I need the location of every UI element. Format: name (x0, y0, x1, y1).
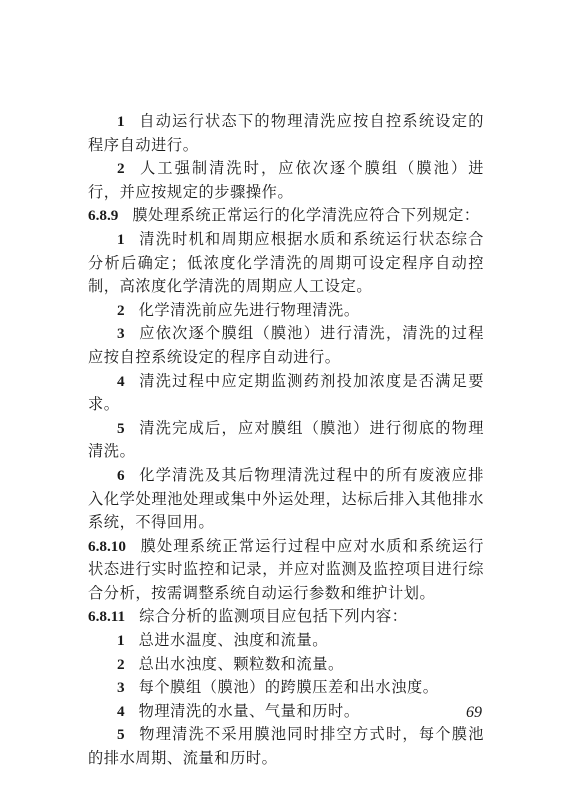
item-paragraph: 4物理清洗的水量、气量和历时。 (88, 700, 484, 724)
item-number: 4 (117, 373, 125, 390)
item-number: 3 (117, 325, 125, 342)
item-text: 化学清洗前应先进行物理清洗。 (139, 301, 360, 319)
item-paragraph: 3每个膜组（膜池）的跨膜压差和出水浊度。 (88, 676, 484, 700)
item-paragraph: 6化学清洗及其后物理清洗过程中的所有废液应排入化学处理池处理或集中外运处理，达标… (88, 464, 484, 535)
item-text: 自动运行状态下的物理清洗应按自控系统设定的程序自动进行。 (88, 112, 484, 154)
item-number: 1 (117, 632, 125, 649)
clause-paragraph: 6.8.9膜处理系统正常运行的化学清洗应符合下列规定： (88, 204, 484, 228)
item-text: 化学清洗及其后物理清洗过程中的所有废液应排入化学处理池处理或集中外运处理，达标后… (88, 466, 484, 531)
item-number: 2 (117, 160, 125, 177)
item-text: 人工强制清洗时，应依次逐个膜组（膜池）进行，并应按规定的步骤操作。 (88, 159, 484, 201)
item-paragraph: 2人工强制清洗时，应依次逐个膜组（膜池）进行，并应按规定的步骤操作。 (88, 157, 484, 204)
clause-text: 综合分析的监测项目应包括下列内容： (139, 607, 407, 625)
item-number: 6 (117, 467, 125, 484)
item-paragraph: 1自动运行状态下的物理清洗应按自控系统设定的程序自动进行。 (88, 110, 484, 157)
item-text: 总进水温度、浊度和流量。 (139, 631, 328, 649)
item-number: 1 (117, 231, 125, 248)
item-number: 2 (117, 302, 125, 319)
item-paragraph: 2总出水浊度、颗粒数和流量。 (88, 653, 484, 677)
clause-number: 6.8.10 (88, 538, 126, 555)
item-number: 5 (117, 420, 125, 437)
item-paragraph: 1清洗时机和周期应根据水质和系统运行状态综合分析后确定；低浓度化学清洗的周期可设… (88, 228, 484, 299)
item-text: 每个膜组（膜池）的跨膜压差和出水浊度。 (139, 678, 439, 696)
item-text: 物理清洗的水量、气量和历时。 (139, 702, 360, 720)
item-text: 清洗完成后，应对膜组（膜池）进行彻底的物理清洗。 (88, 419, 484, 461)
item-text: 总出水浊度、颗粒数和流量。 (139, 655, 344, 673)
clause-text: 膜处理系统正常运行过程中应对水质和系统运行状态进行实时监控和记录，并应对监测及监… (88, 537, 484, 602)
item-paragraph: 5清洗完成后，应对膜组（膜池）进行彻底的物理清洗。 (88, 417, 484, 464)
clause-text: 膜处理系统正常运行的化学清洗应符合下列规定： (132, 206, 479, 224)
item-number: 4 (117, 703, 125, 720)
item-text: 清洗时机和周期应根据水质和系统运行状态综合分析后确定；低浓度化学清洗的周期可设定… (88, 230, 484, 295)
clause-number: 6.8.9 (88, 207, 118, 224)
item-text: 清洗过程中应定期监测药剂投加浓度是否满足要求。 (88, 372, 484, 414)
item-paragraph: 4清洗过程中应定期监测药剂投加浓度是否满足要求。 (88, 370, 484, 417)
item-paragraph: 1总进水温度、浊度和流量。 (88, 629, 484, 653)
item-paragraph: 5物理清洗不采用膜池同时排空方式时，每个膜池的排水周期、流量和历时。 (88, 723, 484, 770)
clause-paragraph: 6.8.11综合分析的监测项目应包括下列内容： (88, 605, 484, 629)
item-text: 应依次逐个膜组（膜池）进行清洗，清洗的过程应按自控系统设定的程序自动进行。 (88, 324, 484, 366)
page-body: 1自动运行状态下的物理清洗应按自控系统设定的程序自动进行。 2人工强制清洗时，应… (88, 110, 484, 771)
item-text: 物理清洗不采用膜池同时排空方式时，每个膜池的排水周期、流量和历时。 (88, 725, 484, 767)
clause-number: 6.8.11 (88, 608, 125, 625)
page-number: 69 (466, 704, 482, 722)
item-number: 2 (117, 656, 125, 673)
item-paragraph: 2化学清洗前应先进行物理清洗。 (88, 299, 484, 323)
item-number: 1 (117, 113, 125, 130)
item-number: 5 (117, 726, 125, 743)
item-number: 3 (117, 679, 125, 696)
clause-paragraph: 6.8.10膜处理系统正常运行过程中应对水质和系统运行状态进行实时监控和记录，并… (88, 535, 484, 606)
item-paragraph: 3应依次逐个膜组（膜池）进行清洗，清洗的过程应按自控系统设定的程序自动进行。 (88, 322, 484, 369)
